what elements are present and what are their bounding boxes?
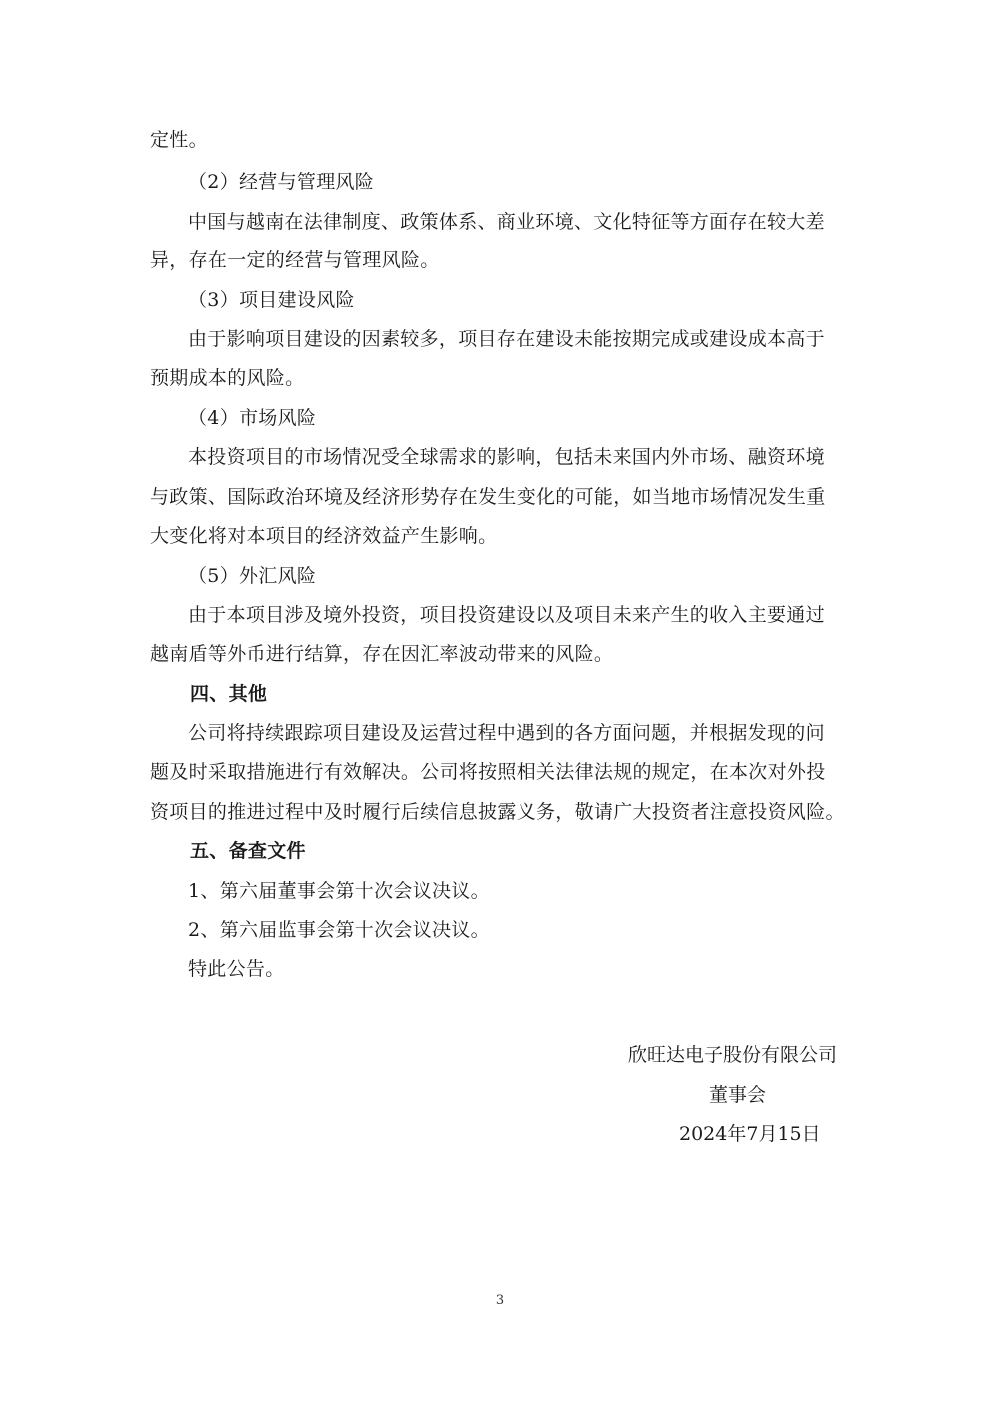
risk-title-management: （2）经营与管理风险	[188, 170, 374, 194]
paragraph-line: 与政策、国际政治环境及经济形势存在发生变化的可能，如当地市场情况发生重	[150, 485, 826, 509]
signature-company: 欣旺达电子股份有限公司	[628, 1043, 837, 1067]
section-heading-documents: 五、备查文件	[190, 839, 306, 863]
paragraph-line: 大变化将对本项目的经济效益产生影响。	[150, 524, 497, 548]
document-page: 定性。 （2）经营与管理风险 中国与越南在法律制度、政策体系、商业环境、文化特征…	[0, 0, 1000, 1414]
paragraph-line: 中国与越南在法律制度、政策体系、商业环境、文化特征等方面存在较大差	[188, 210, 825, 234]
risk-title-construction: （3）项目建设风险	[188, 288, 355, 312]
signature-board: 董事会	[709, 1083, 766, 1107]
page-number: 3	[0, 1293, 1000, 1308]
paragraph-line: 资项目的推进过程中及时履行后续信息披露义务，敬请广大投资者注意投资风险。	[150, 800, 845, 824]
paragraph-line: 公司将持续跟踪项目建设及运营过程中遇到的各方面问题，并根据发现的问	[188, 721, 825, 745]
paragraph-line: 由于本项目涉及境外投资，项目投资建设以及项目未来产生的收入主要通过	[188, 603, 825, 627]
paragraph-line: 越南盾等外币进行结算，存在因汇率波动带来的风险。	[150, 642, 613, 666]
signature-date: 2024年7月15日	[679, 1122, 821, 1146]
paragraph-line: 预期成本的风险。	[150, 366, 304, 390]
paragraph-line: 由于影响项目建设的因素较多，项目存在建设未能按期完成或建设成本高于	[188, 327, 825, 351]
continuation-text: 定性。	[150, 128, 208, 152]
closing-text: 特此公告。	[188, 957, 285, 981]
paragraph-line: 本投资项目的市场情况受全球需求的影响，包括未来国内外市场、融资环境	[188, 445, 825, 469]
reference-item: 2、第六届监事会第十次会议决议。	[188, 918, 490, 942]
risk-title-market: （4）市场风险	[188, 406, 316, 430]
section-heading-other: 四、其他	[190, 682, 267, 706]
reference-item: 1、第六届董事会第十次会议决议。	[188, 879, 490, 903]
paragraph-line: 异，存在一定的经营与管理风险。	[150, 248, 440, 272]
paragraph-line: 题及时采取措施进行有效解决。公司将按照相关法律法规的规定，在本次对外投	[150, 760, 826, 784]
risk-title-forex: （5）外汇风险	[188, 564, 316, 588]
